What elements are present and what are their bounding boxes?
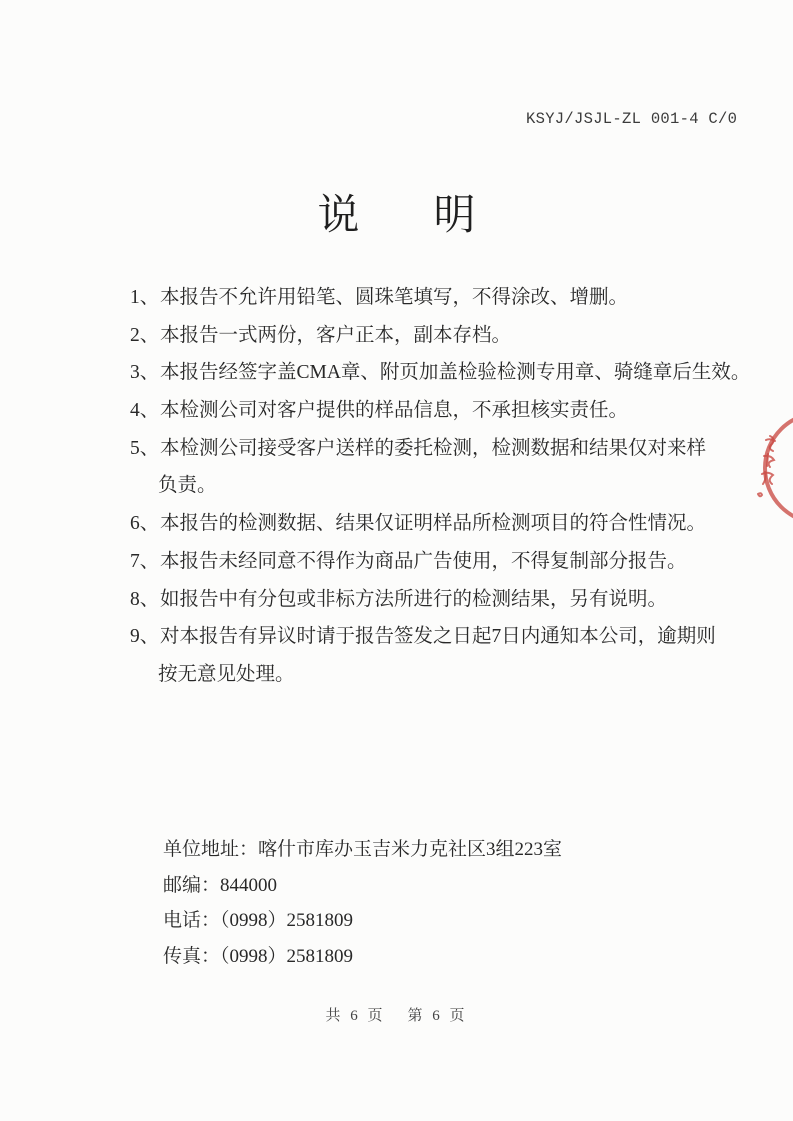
note-number: 2、 (130, 317, 160, 355)
note-text: 如报告中有分包或非标方法所进行的检测结果，另有说明。 (160, 589, 667, 610)
document-code: KSYJ/JSJL-ZL 001-4 C/0 (526, 110, 737, 128)
note-item-5-continuation: 负责。 (130, 467, 740, 505)
note-number: 4、 (130, 392, 160, 430)
note-item-3: 3、本报告经签字盖CMA章、附页加盖检验检测专用章、骑缝章后生效。 (130, 354, 740, 392)
contact-label: 电话： (163, 910, 220, 931)
note-item-1: 1、本报告不允许用铅笔、圆珠笔填写，不得涂改、增删。 (130, 279, 740, 317)
red-seal-handwriting-icon (748, 430, 782, 508)
contact-block: 单位地址：喀什市库办玉吉米力克社区3组223室 邮编：844000 电话：（09… (163, 832, 562, 974)
contact-fax: 传真：（0998）2581809 (163, 939, 562, 975)
contact-label: 单位地址： (163, 839, 258, 860)
page-title: 说 明 (0, 182, 793, 242)
note-number: 6、 (130, 505, 160, 543)
note-text: 本检测公司接受客户送样的委托检测，检测数据和结果仅对来样 (160, 438, 706, 459)
note-number: 9、 (130, 618, 160, 656)
note-text: 本报告未经同意不得作为商品广告使用，不得复制部分报告。 (160, 551, 687, 572)
note-item-9: 9、对本报告有异议时请于报告签发之日起7日内通知本公司，逾期则 (130, 618, 740, 656)
note-number: 3、 (130, 354, 160, 392)
contact-value: 喀什市库办玉吉米力克社区3组223室 (258, 839, 562, 860)
contact-label: 邮编： (163, 875, 220, 896)
contact-phone: 电话：（0998）2581809 (163, 903, 562, 939)
note-text: 对本报告有异议时请于报告签发之日起7日内通知本公司，逾期则 (160, 626, 716, 647)
note-number: 1、 (130, 279, 160, 317)
note-item-5: 5、本检测公司接受客户送样的委托检测，检测数据和结果仅对来样 (130, 430, 740, 468)
note-text: 本报告不允许用铅笔、圆珠笔填写，不得涂改、增删。 (160, 287, 628, 308)
note-text: 本报告的检测数据、结果仅证明样品所检测项目的符合性情况。 (160, 513, 706, 534)
note-text: 本报告经签字盖CMA章、附页加盖检验检测专用章、骑缝章后生效。 (160, 362, 750, 383)
note-number: 5、 (130, 430, 160, 468)
contact-postcode: 邮编：844000 (163, 868, 562, 904)
page-number-footer: 共 6 页第 6 页 (0, 1004, 793, 1025)
contact-address: 单位地址：喀什市库办玉吉米力克社区3组223室 (163, 832, 562, 868)
contact-value: 844000 (220, 875, 277, 896)
document-page: KSYJ/JSJL-ZL 001-4 C/0 说 明 1、本报告不允许用铅笔、圆… (0, 0, 793, 1121)
current-page: 第 6 页 (408, 1008, 468, 1024)
note-item-2: 2、本报告一式两份，客户正本，副本存档。 (130, 317, 740, 355)
note-item-8: 8、如报告中有分包或非标方法所进行的检测结果，另有说明。 (130, 581, 740, 619)
note-item-7: 7、本报告未经同意不得作为商品广告使用，不得复制部分报告。 (130, 543, 740, 581)
note-number: 8、 (130, 581, 160, 619)
notes-list: 1、本报告不允许用铅笔、圆珠笔填写，不得涂改、增删。 2、本报告一式两份，客户正… (130, 279, 740, 694)
page-title-char-1: 说 (317, 182, 359, 242)
page-title-char-2: 明 (434, 182, 476, 242)
total-pages: 共 6 页 (325, 1008, 385, 1024)
note-item-6: 6、本报告的检测数据、结果仅证明样品所检测项目的符合性情况。 (130, 505, 740, 543)
note-number: 7、 (130, 543, 160, 581)
contact-value: （0998）2581809 (220, 910, 353, 931)
contact-value: （0998）2581809 (220, 946, 353, 967)
contact-label: 传真： (163, 946, 220, 967)
note-text: 本报告一式两份，客户正本，副本存档。 (160, 325, 511, 346)
note-item-9-continuation: 按无意见处理。 (130, 656, 740, 694)
note-item-4: 4、本检测公司对客户提供的样品信息，不承担核实责任。 (130, 392, 740, 430)
note-text: 本检测公司对客户提供的样品信息，不承担核实责任。 (160, 400, 628, 421)
